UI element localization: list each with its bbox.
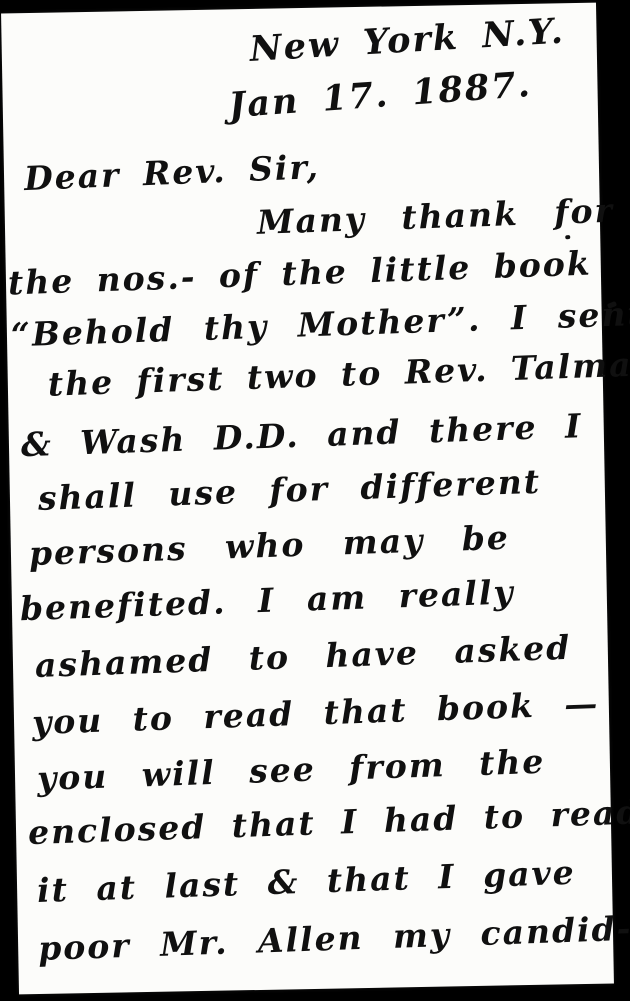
body-line: Many thank for [256,191,614,242]
body-line: persons who may be [28,518,510,573]
date-line: Jan 17. 1887. [227,64,533,126]
body-line: ashamed to have asked [34,628,572,685]
ink-speck [565,235,570,239]
body-line: benefited. I am really [19,572,515,628]
body-line: you will see from the [36,742,546,798]
body-line: shall use for different [37,462,541,518]
body-line: the first two to Rev. Talmadge [47,342,630,403]
place-line: New York N.Y. [249,11,566,70]
salutation-line: Dear Rev. Sir, [23,147,320,198]
body-line: you to read that book — [31,684,600,742]
body-line: poor Mr. Allen my candid- [38,909,630,968]
body-line: it at last & that I gave [36,853,576,910]
body-line: enclosed that I had to read [27,792,630,852]
letter-paper: New York N.Y. Jan 17. 1887. Dear Rev. Si… [1,3,614,995]
body-line: the nos.- of the little book [7,244,592,303]
body-line: “Behold thy Mother”. I sent [10,294,630,355]
body-line: & Wash D.D. and there I [20,406,583,464]
scan-background: New York N.Y. Jan 17. 1887. Dear Rev. Si… [0,0,630,1001]
